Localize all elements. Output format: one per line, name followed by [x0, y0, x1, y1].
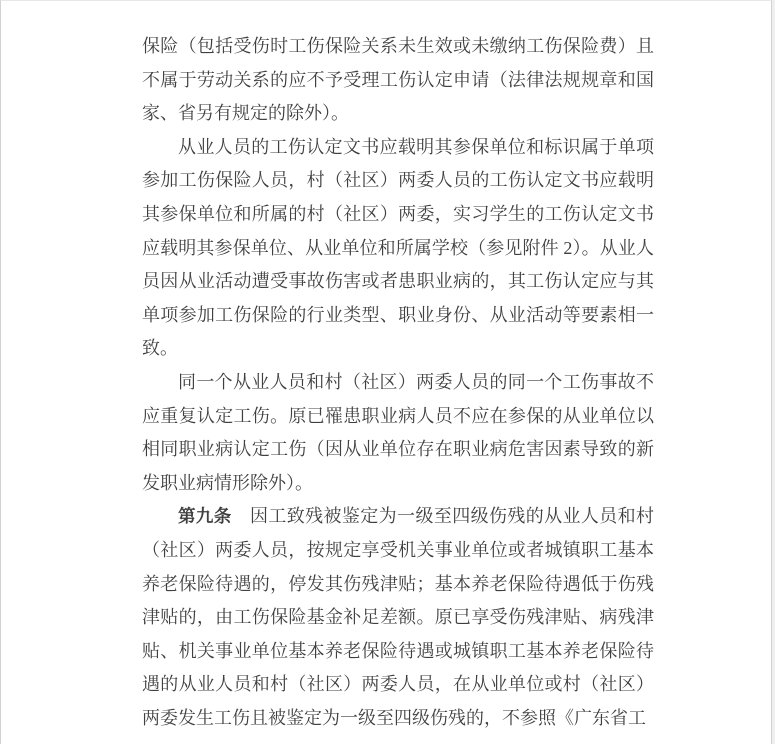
paragraph-text: 同一个从业人员和村（社区）两委人员的同一个工伤事故不应重复认定工伤。原已罹患职业…	[142, 372, 654, 493]
paragraph-text: 因工致残被鉴定为一级至四级伤残的从业人员和村（社区）两委人员，按规定享受机关事业…	[142, 506, 654, 728]
document-page: 保险（包括受伤时工伤保险关系未生效或未缴纳工伤保险费）且不属于劳动关系的应不予受…	[0, 0, 772, 744]
document-body: 保险（包括受伤时工伤保险关系未生效或未缴纳工伤保险费）且不属于劳动关系的应不予受…	[142, 30, 654, 735]
viewport: { "colors": { "text": "#3f3f3f", "page_b…	[0, 0, 775, 744]
paragraph-text: 保险（包括受伤时工伤保险关系未生效或未缴纳工伤保险费）且不属于劳动关系的应不予受…	[142, 36, 654, 123]
document-paragraph: 保险（包括受伤时工伤保险关系未生效或未缴纳工伤保险费）且不属于劳动关系的应不予受…	[142, 30, 654, 131]
document-paragraph: 同一个从业人员和村（社区）两委人员的同一个工伤事故不应重复认定工伤。原已罹患职业…	[142, 366, 654, 500]
document-paragraph: 第九条 因工致残被鉴定为一级至四级伤残的从业人员和村（社区）两委人员，按规定享受…	[142, 500, 654, 735]
paragraph-text: 从业人员的工伤认定文书应载明其参保单位和标识属于单项参加工伤保险人员，村（社区）…	[142, 137, 654, 359]
document-paragraph: 从业人员的工伤认定文书应载明其参保单位和标识属于单项参加工伤保险人员，村（社区）…	[142, 131, 654, 366]
article-number-label: 第九条	[178, 506, 232, 526]
